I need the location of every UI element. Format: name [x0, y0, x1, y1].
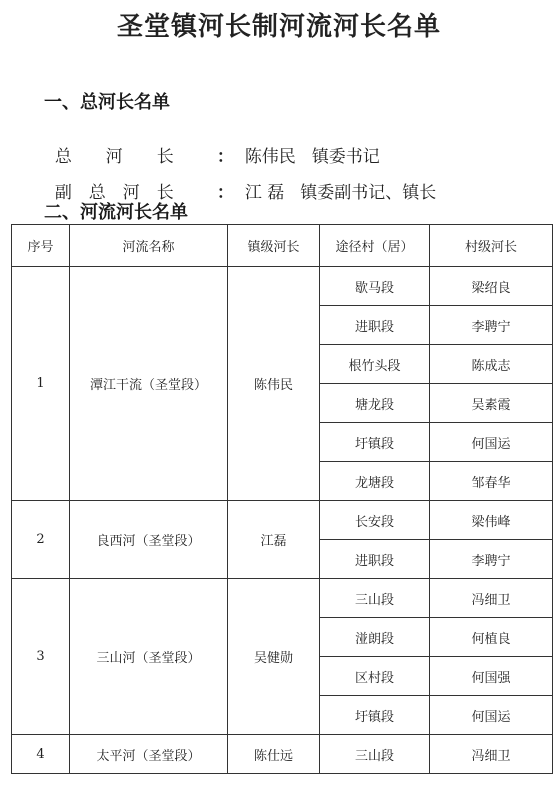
cell-village: 塘龙段 — [320, 384, 430, 423]
cell-village-chief: 冯细卫 — [430, 579, 553, 618]
cell-no: 4 — [12, 735, 70, 774]
cell-village-chief: 何国强 — [430, 657, 553, 696]
cell-village-chief: 陈成志 — [430, 345, 553, 384]
cell-village: 歇马段 — [320, 267, 430, 306]
cell-village: 进职段 — [320, 306, 430, 345]
cell-village-chief: 冯细卫 — [430, 735, 553, 774]
header-village: 途径村（居） — [320, 225, 430, 267]
cell-village: 长安段 — [320, 501, 430, 540]
header-no: 序号 — [12, 225, 70, 267]
river-chief-table: 序号 河流名称 镇级河长 途径村（居） 村级河长 1 潭江干流（圣堂段） 陈伟民… — [11, 224, 553, 774]
cell-village-chief: 梁伟峰 — [430, 501, 553, 540]
colon: ： — [217, 178, 245, 203]
cell-river: 三山河（圣堂段） — [70, 579, 228, 735]
cell-river: 太平河（圣堂段） — [70, 735, 228, 774]
cell-village: 圩镇段 — [320, 696, 430, 735]
cell-village: 进职段 — [320, 540, 430, 579]
cell-village-chief: 邹春华 — [430, 462, 553, 501]
cell-village: 三山段 — [320, 579, 430, 618]
cell-town-chief: 吴健勋 — [228, 579, 320, 735]
header-town-chief: 镇级河长 — [228, 225, 320, 267]
header-village-chief: 村级河长 — [430, 225, 553, 267]
cell-no: 3 — [12, 579, 70, 735]
table-row: 4 太平河（圣堂段） 陈仕远 三山段 冯细卫 — [12, 735, 553, 774]
table-row: 1 潭江干流（圣堂段） 陈伟民 歇马段 梁绍良 — [12, 267, 553, 306]
deputy-chief-position: 镇委副书记、镇长 — [300, 183, 436, 203]
cell-village: 龙塘段 — [320, 462, 430, 501]
cell-village-chief: 何植良 — [430, 618, 553, 657]
cell-village-chief: 何国运 — [430, 696, 553, 735]
cell-village: 湴朗段 — [320, 618, 430, 657]
cell-village-chief: 何国运 — [430, 423, 553, 462]
cell-no: 1 — [12, 267, 70, 501]
cell-town-chief: 陈仕远 — [228, 735, 320, 774]
header-river: 河流名称 — [70, 225, 228, 267]
table-row: 2 良西河（圣堂段） 江磊 长安段 梁伟峰 — [12, 501, 553, 540]
table-row: 3 三山河（圣堂段） 吴健勋 三山段 冯细卫 — [12, 579, 553, 618]
deputy-chief-row: 副 总 河 长：江 磊镇委副书记、镇长 — [44, 158, 436, 203]
cell-town-chief: 陈伟民 — [228, 267, 320, 501]
cell-village-chief: 吴素霞 — [430, 384, 553, 423]
cell-village: 圩镇段 — [320, 423, 430, 462]
cell-town-chief: 江磊 — [228, 501, 320, 579]
deputy-chief-name: 江 磊 — [245, 178, 284, 203]
cell-village-chief: 李聘宁 — [430, 540, 553, 579]
cell-village: 三山段 — [320, 735, 430, 774]
document-title: 圣堂镇河长制河流河长名单 — [0, 6, 558, 43]
cell-village-chief: 李聘宁 — [430, 306, 553, 345]
section-heading-river-list: 二、河流河长名单 — [44, 198, 188, 224]
table-header-row: 序号 河流名称 镇级河长 途径村（居） 村级河长 — [12, 225, 553, 267]
cell-river: 潭江干流（圣堂段） — [70, 267, 228, 501]
cell-village: 区村段 — [320, 657, 430, 696]
cell-village: 根竹头段 — [320, 345, 430, 384]
cell-river: 良西河（圣堂段） — [70, 501, 228, 579]
cell-village-chief: 梁绍良 — [430, 267, 553, 306]
section-heading-chief-list: 一、总河长名单 — [44, 88, 170, 114]
cell-no: 2 — [12, 501, 70, 579]
